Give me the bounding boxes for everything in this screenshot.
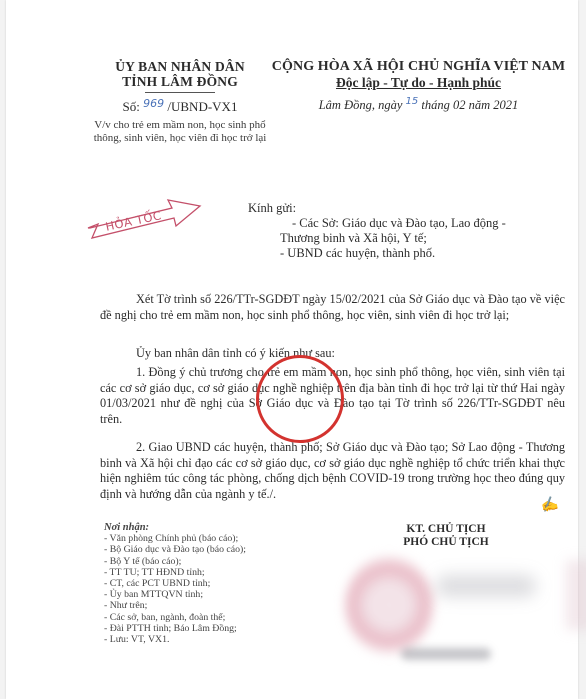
distribution-item: - TT TU; TT HĐND tỉnh; — [104, 567, 344, 578]
blurred-edge — [566, 560, 586, 630]
distribution-item: - Các sở, ban, ngành, đoàn thể; — [104, 612, 344, 623]
distribution-item: - Bộ Giáo dục và Đào tạo (báo cáo); — [104, 544, 344, 555]
urgent-stamp: HỎA TỐC — [84, 198, 204, 244]
blurred-signer-name — [401, 648, 491, 660]
signature-title: KT. CHỦ TỊCH — [386, 523, 506, 536]
document-number-label: Số: — [123, 99, 140, 114]
header-divider — [145, 92, 215, 93]
document-page: ỦY BAN NHÂN DÂN TỈNH LÂM ĐỒNG Số: 969 /U… — [6, 0, 578, 699]
date-suffix: tháng 02 năm 2021 — [421, 98, 518, 112]
national-header: CỘNG HÒA XÃ HỘI CHỦ NGHĨA VIỆT NAM Độc l… — [256, 59, 581, 113]
document-number: Số: 969 /UBND-VX1 — [80, 99, 280, 115]
issuer-name-line1: ỦY BAN NHÂN DÂN — [80, 59, 280, 74]
distribution-title: Nơi nhận: — [104, 522, 344, 533]
blurred-signature — [436, 575, 536, 597]
recipients-label: Kính gửi: — [248, 201, 568, 216]
distribution-item: - Bộ Y tế (báo cáo); — [104, 556, 344, 567]
blurred-seal — [344, 555, 434, 655]
document-number-suffix: /UBND-VX1 — [167, 99, 237, 114]
body-paragraph: Ủy ban nhân dân tỉnh có ý kiến như sau: — [100, 346, 565, 362]
distribution-item: - Đài PTTH tỉnh; Báo Lâm Đồng; — [104, 623, 344, 634]
date-prefix: Lâm Đồng, ngày — [319, 98, 403, 112]
date-line: Lâm Đồng, ngày 15 tháng 02 năm 2021 — [256, 98, 581, 113]
body-paragraph: 2. Giao UBND các huyện, thành phố; Sở Gi… — [100, 440, 565, 502]
date-day: 15 — [406, 96, 419, 107]
document-subject: V/v cho trẻ em mầm non, học sinh phổ thô… — [80, 119, 280, 145]
distribution-item: - CT, các PCT UBND tỉnh; — [104, 578, 344, 589]
recipients-block: Kính gửi: - Các Sở: Giáo dục và Đào tạo,… — [248, 201, 568, 261]
body-paragraph: Xét Tờ trình số 226/TTr-SGDĐT ngày 15/02… — [100, 292, 565, 323]
issuer-header: ỦY BAN NHÂN DÂN TỈNH LÂM ĐỒNG Số: 969 /U… — [80, 59, 280, 145]
distribution-item: - Như trên; — [104, 600, 344, 611]
national-motto: Độc lập - Tự do - Hạnh phúc — [256, 75, 581, 91]
distribution-item: - Ủy ban MTTQVN tỉnh; — [104, 589, 344, 600]
document-number-value: 969 — [143, 97, 164, 110]
distribution-item: - Lưu: VT, VX1. — [104, 634, 344, 645]
recipient-line: - Các Sở: Giáo dục và Đào tạo, Lao động … — [248, 216, 568, 231]
signature-block: KT. CHỦ TỊCH PHÓ CHỦ TỊCH — [386, 523, 506, 549]
signature-subtitle: PHÓ CHỦ TỊCH — [386, 536, 506, 549]
distribution-item: - Văn phòng Chính phủ (báo cáo); — [104, 533, 344, 544]
national-title: CỘNG HÒA XÃ HỘI CHỦ NGHĨA VIỆT NAM — [256, 59, 581, 75]
recipient-line: Thương binh và Xã hội, Y tế; — [248, 231, 568, 246]
issuer-name-line2: TỈNH LÂM ĐỒNG — [80, 74, 280, 89]
distribution-list: Nơi nhận: - Văn phòng Chính phủ (báo cáo… — [104, 522, 344, 645]
recipient-line: - UBND các huyện, thành phố. — [248, 246, 568, 261]
